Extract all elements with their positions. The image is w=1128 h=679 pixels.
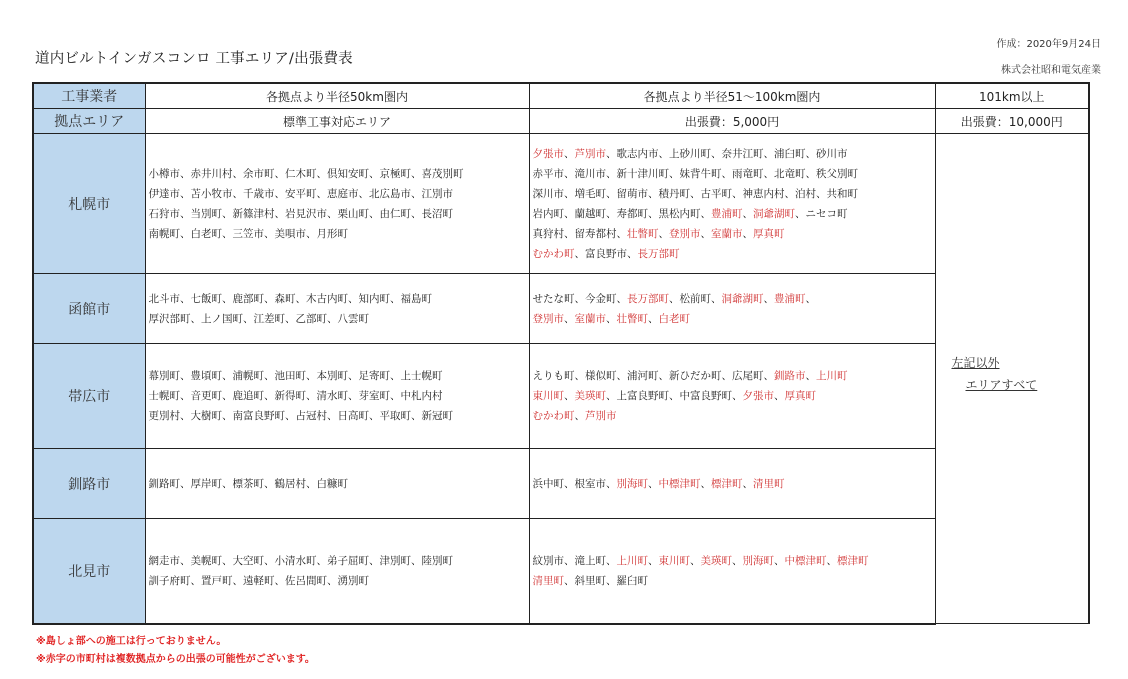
town-line: 赤平市、滝川市、新十津川町、妹背牛町、雨竜町、北竜町、秩父別町 bbox=[533, 164, 935, 184]
town-text: 更別村、大樹町、南富良野町、占冠村、日高町、平取町、新冠町 bbox=[149, 410, 454, 422]
town-line: 南幌町、白老町、三笠市、美唄市、月形町 bbox=[149, 224, 529, 244]
town-name-multi-hub: 別海町 bbox=[743, 555, 775, 567]
header-row-range: 工事業者 各拠点より半径50km圏内 各拠点より半径51〜100km圏内 101… bbox=[33, 83, 1089, 109]
col-header-near-range: 各拠点より半径50km圏内 bbox=[145, 83, 529, 109]
town-name-multi-hub: むかわ町 bbox=[533, 410, 575, 422]
near-towns-cell: 釧路町、厚岸町、標茶町、鶴居村、白糠町 bbox=[145, 449, 529, 519]
town-line: 深川市、増毛町、留萌市、積丹町、古平町、神恵内村、泊村、共和町 bbox=[533, 184, 935, 204]
table-row: 釧路市 釧路町、厚岸町、標茶町、鶴居村、白糠町 浜中町、根室市、別海町、中標津町… bbox=[33, 449, 1089, 519]
col-header-far-fee: 出張費：10,000円 bbox=[935, 109, 1089, 134]
mid-towns-cell: えりも町、様似町、浦河町、新ひだか町、広尾町、釧路市、上川町東川町、美瑛町、上富… bbox=[529, 344, 935, 449]
town-line: むかわ町、芦別市 bbox=[533, 406, 935, 426]
created-date: 作成：2020年9月24日 bbox=[996, 35, 1101, 50]
town-line: えりも町、様似町、浦河町、新ひだか町、広尾町、釧路市、上川町 bbox=[533, 366, 935, 386]
town-text: 赤平市、滝川市、新十津川町、妹背牛町、雨竜町、北竜町、秩父別町 bbox=[533, 168, 859, 180]
town-text: 北斗市、七飯町、鹿部町、森町、木古内町、知内町、福島町 bbox=[149, 293, 433, 305]
town-line: 清里町、斜里町、羅臼町 bbox=[533, 571, 935, 591]
town-name-multi-hub: 白老町 bbox=[659, 313, 691, 325]
town-text: せたな町、今金町、 bbox=[533, 293, 628, 305]
town-line: 石狩市、当別町、新篠津村、岩見沢市、栗山町、由仁町、長沼町 bbox=[149, 204, 529, 224]
town-name-multi-hub: 豊浦町 bbox=[711, 208, 743, 220]
town-text: 、 bbox=[701, 228, 712, 240]
town-text: 、 bbox=[774, 555, 785, 567]
corner-header-contractor: 工事業者 bbox=[33, 83, 145, 109]
town-line: 北斗市、七飯町、鹿部町、森町、木古内町、知内町、福島町 bbox=[149, 289, 529, 309]
town-text: 南幌町、白老町、三笠市、美唄市、月形町 bbox=[149, 228, 349, 240]
town-text: 、歌志内市、上砂川町、奈井江町、浦臼町、砂川市 bbox=[606, 148, 848, 160]
town-name-multi-hub: 美瑛町 bbox=[701, 555, 733, 567]
town-text: 釧路町、厚岸町、標茶町、鶴居村、白糠町 bbox=[149, 478, 349, 490]
town-text: 石狩市、当別町、新篠津村、岩見沢市、栗山町、由仁町、長沼町 bbox=[149, 208, 454, 220]
mid-towns-cell: 紋別市、滝上町、上川町、東川町、美瑛町、別海町、中標津町、標津町清里町、斜里町、… bbox=[529, 519, 935, 624]
town-text: えりも町、様似町、浦河町、新ひだか町、広尾町、 bbox=[533, 370, 775, 382]
town-name-multi-hub: 厚真町 bbox=[753, 228, 785, 240]
header-row-fee: 拠点エリア 標準工事対応エリア 出張費：5,000円 出張費：10,000円 bbox=[33, 109, 1089, 134]
town-text: 真狩村、留寿都村、 bbox=[533, 228, 628, 240]
town-name-multi-hub: 登別市 bbox=[669, 228, 701, 240]
town-text: 、 bbox=[732, 555, 743, 567]
town-line: むかわ町、富良野市、長万部町 bbox=[533, 244, 935, 264]
near-towns-cell: 幕別町、豊頃町、浦幌町、池田町、本別町、足寄町、上士幌町士幌町、音更町、鹿追町、… bbox=[145, 344, 529, 449]
town-name-multi-hub: 中標津町 bbox=[659, 478, 701, 490]
town-name-multi-hub: 厚真町 bbox=[785, 390, 817, 402]
near-towns-cell: 小樽市、赤井川村、余市町、仁木町、倶知安町、京極町、喜茂別町伊達市、苫小牧市、千… bbox=[145, 134, 529, 274]
town-text: 、斜里町、羅臼町 bbox=[564, 575, 648, 587]
town-text: 、 bbox=[564, 313, 575, 325]
town-name-multi-hub: 室蘭市 bbox=[711, 228, 743, 240]
corner-header-hub-area: 拠点エリア bbox=[33, 109, 145, 134]
town-text: 、 bbox=[743, 228, 754, 240]
hub-cell: 釧路市 bbox=[33, 449, 145, 519]
near-towns-cell: 北斗市、七飯町、鹿部町、森町、木古内町、知内町、福島町厚沢部町、上ノ国町、江差町… bbox=[145, 274, 529, 344]
town-text: 深川市、増毛町、留萌市、積丹町、古平町、神恵内村、泊村、共和町 bbox=[533, 188, 859, 200]
near-towns-cell: 網走市、美幌町、大空町、小清水町、弟子屈町、津別町、陸別町訓子府町、置戸町、遠軽… bbox=[145, 519, 529, 624]
town-name-multi-hub: 別海町 bbox=[617, 478, 649, 490]
town-name-multi-hub: 清里町 bbox=[753, 478, 785, 490]
town-name-multi-hub: 清里町 bbox=[533, 575, 565, 587]
town-line: 紋別市、滝上町、上川町、東川町、美瑛町、別海町、中標津町、標津町 bbox=[533, 551, 935, 571]
town-text: 紋別市、滝上町、 bbox=[533, 555, 617, 567]
town-text: 、松前町、 bbox=[669, 293, 722, 305]
town-text: 、 bbox=[690, 555, 701, 567]
town-name-multi-hub: 夕張市 bbox=[743, 390, 775, 402]
town-text: 、 bbox=[648, 555, 659, 567]
town-name-multi-hub: 標津町 bbox=[711, 478, 743, 490]
town-text: 、 bbox=[575, 410, 586, 422]
table-row: 北見市 網走市、美幌町、大空町、小清水町、弟子屈町、津別町、陸別町訓子府町、置戸… bbox=[33, 519, 1089, 624]
town-text: 岩内町、蘭越町、寿都町、黒松内町、 bbox=[533, 208, 712, 220]
town-line: 小樽市、赤井川村、余市町、仁木町、倶知安町、京極町、喜茂別町 bbox=[149, 164, 529, 184]
footnote-islands: ※島しょ部への施工は行っておりません。 bbox=[36, 633, 315, 651]
town-line: 伊達市、苫小牧市、千歳市、安平町、恵庭市、北広島市、江別市 bbox=[149, 184, 529, 204]
town-name-multi-hub: 豊浦町 bbox=[774, 293, 806, 305]
town-text: 、 bbox=[659, 228, 670, 240]
town-line: 真狩村、留寿都村、壮瞥町、登別市、室蘭市、厚真町 bbox=[533, 224, 935, 244]
town-line: せたな町、今金町、長万部町、松前町、洞爺湖町、豊浦町、 bbox=[533, 289, 935, 309]
town-text: 、 bbox=[806, 370, 817, 382]
town-line: 岩内町、蘭越町、寿都町、黒松内町、豊浦町、洞爺湖町、ニセコ町 bbox=[533, 204, 935, 224]
town-name-multi-hub: 長万部町 bbox=[638, 248, 680, 260]
town-text: 浜中町、根室市、 bbox=[533, 478, 617, 490]
town-text: 士幌町、音更町、鹿追町、新得町、清水町、芽室町、中札内村 bbox=[149, 390, 443, 402]
footnotes: ※島しょ部への施工は行っておりません。 ※赤字の市町村は複数拠点からの出張の可能… bbox=[36, 633, 315, 669]
town-text: 、 bbox=[648, 313, 659, 325]
town-text: 、富良野市、 bbox=[575, 248, 638, 260]
mid-towns-cell: 浜中町、根室市、別海町、中標津町、標津町、清里町 bbox=[529, 449, 935, 519]
town-name-multi-hub: むかわ町 bbox=[533, 248, 575, 260]
col-header-mid-range: 各拠点より半径51〜100km圏内 bbox=[529, 83, 935, 109]
town-name-multi-hub: 芦別市 bbox=[575, 148, 607, 160]
hub-cell: 北見市 bbox=[33, 519, 145, 624]
town-text: 、 bbox=[774, 390, 785, 402]
hub-cell: 函館市 bbox=[33, 274, 145, 344]
area-fee-table: 工事業者 各拠点より半径50km圏内 各拠点より半径51〜100km圏内 101… bbox=[32, 82, 1090, 625]
town-name-multi-hub: 釧路市 bbox=[774, 370, 806, 382]
town-name-multi-hub: 夕張市 bbox=[533, 148, 565, 160]
town-line: 幕別町、豊頃町、浦幌町、池田町、本別町、足寄町、上士幌町 bbox=[149, 366, 529, 386]
col-header-near-fee: 標準工事対応エリア bbox=[145, 109, 529, 134]
footnote-red-text: ※赤字の市町村は複数拠点からの出張の可能性がございます。 bbox=[36, 651, 315, 669]
town-name-multi-hub: 東川町 bbox=[533, 390, 565, 402]
town-name-multi-hub: 美瑛町 bbox=[575, 390, 607, 402]
town-text: 、 bbox=[743, 208, 754, 220]
town-name-multi-hub: 壮瞥町 bbox=[617, 313, 649, 325]
town-name-multi-hub: 室蘭市 bbox=[575, 313, 607, 325]
town-line: 士幌町、音更町、鹿追町、新得町、清水町、芽室町、中札内村 bbox=[149, 386, 529, 406]
town-text: 網走市、美幌町、大空町、小清水町、弟子屈町、津別町、陸別町 bbox=[149, 555, 454, 567]
town-text: 伊達市、苫小牧市、千歳市、安平町、恵庭市、北広島市、江別市 bbox=[149, 188, 454, 200]
town-text: 、 bbox=[806, 293, 817, 305]
town-name-multi-hub: 東川町 bbox=[659, 555, 691, 567]
town-line: 網走市、美幌町、大空町、小清水町、弟子屈町、津別町、陸別町 bbox=[149, 551, 529, 571]
table-row: 札幌市 小樽市、赤井川村、余市町、仁木町、倶知安町、京極町、喜茂別町伊達市、苫小… bbox=[33, 134, 1089, 274]
town-name-multi-hub: 長万部町 bbox=[627, 293, 669, 305]
town-name-multi-hub: 芦別市 bbox=[585, 410, 617, 422]
company-name: 株式会社昭和電気産業 bbox=[1001, 61, 1101, 76]
town-text: 、 bbox=[764, 293, 775, 305]
town-name-multi-hub: 標津町 bbox=[837, 555, 869, 567]
town-line: 更別村、大樹町、南富良野町、占冠村、日高町、平取町、新冠町 bbox=[149, 406, 529, 426]
town-text: 、 bbox=[564, 390, 575, 402]
town-name-multi-hub: 洞爺湖町 bbox=[753, 208, 795, 220]
mid-towns-cell: せたな町、今金町、長万部町、松前町、洞爺湖町、豊浦町、登別市、室蘭市、壮瞥町、白… bbox=[529, 274, 935, 344]
town-text: 、上富良野町、中富良野町、 bbox=[606, 390, 743, 402]
page-title: 道内ビルトインガスコンロ 工事エリア/出張費表 bbox=[35, 47, 353, 68]
mid-towns-cell: 夕張市、芦別市、歌志内市、上砂川町、奈井江町、浦臼町、砂川市赤平市、滝川市、新十… bbox=[529, 134, 935, 274]
town-text: 、 bbox=[648, 478, 659, 490]
hub-cell: 札幌市 bbox=[33, 134, 145, 274]
town-text: 訓子府町、置戸町、遠軽町、佐呂間町、湧別町 bbox=[149, 575, 370, 587]
far-area-line2: エリアすべて bbox=[936, 374, 1089, 396]
town-text: 、 bbox=[827, 555, 838, 567]
town-name-multi-hub: 上川町 bbox=[617, 555, 649, 567]
town-name-multi-hub: 上川町 bbox=[816, 370, 848, 382]
town-text: 幕別町、豊頃町、浦幌町、池田町、本別町、足寄町、上士幌町 bbox=[149, 370, 443, 382]
hub-cell: 帯広市 bbox=[33, 344, 145, 449]
town-text: 、 bbox=[606, 313, 617, 325]
col-header-far-range: 101km以上 bbox=[935, 83, 1089, 109]
col-header-mid-fee: 出張費：5,000円 bbox=[529, 109, 935, 134]
town-line: 浜中町、根室市、別海町、中標津町、標津町、清里町 bbox=[533, 474, 935, 494]
town-text: 、ニセコ町 bbox=[795, 208, 848, 220]
town-line: 東川町、美瑛町、上富良野町、中富良野町、夕張市、厚真町 bbox=[533, 386, 935, 406]
town-name-multi-hub: 洞爺湖町 bbox=[722, 293, 764, 305]
town-line: 訓子府町、置戸町、遠軽町、佐呂間町、湧別町 bbox=[149, 571, 529, 591]
town-line: 厚沢部町、上ノ国町、江差町、乙部町、八雲町 bbox=[149, 309, 529, 329]
town-text: 厚沢部町、上ノ国町、江差町、乙部町、八雲町 bbox=[149, 313, 370, 325]
town-name-multi-hub: 壮瞥町 bbox=[627, 228, 659, 240]
far-area-line1: 左記以外 bbox=[936, 352, 1089, 374]
town-line: 夕張市、芦別市、歌志内市、上砂川町、奈井江町、浦臼町、砂川市 bbox=[533, 144, 935, 164]
town-line: 釧路町、厚岸町、標茶町、鶴居村、白糠町 bbox=[149, 474, 529, 494]
table-row: 函館市 北斗市、七飯町、鹿部町、森町、木古内町、知内町、福島町厚沢部町、上ノ国町… bbox=[33, 274, 1089, 344]
town-text: 、 bbox=[743, 478, 754, 490]
town-name-multi-hub: 登別市 bbox=[533, 313, 565, 325]
town-text: 、 bbox=[701, 478, 712, 490]
town-name-multi-hub: 中標津町 bbox=[785, 555, 827, 567]
town-text: 小樽市、赤井川村、余市町、仁木町、倶知安町、京極町、喜茂別町 bbox=[149, 168, 464, 180]
table-row: 帯広市 幕別町、豊頃町、浦幌町、池田町、本別町、足寄町、上士幌町士幌町、音更町、… bbox=[33, 344, 1089, 449]
far-area-cell: 左記以外 エリアすべて bbox=[935, 134, 1089, 624]
town-text: 、 bbox=[564, 148, 575, 160]
town-line: 登別市、室蘭市、壮瞥町、白老町 bbox=[533, 309, 935, 329]
